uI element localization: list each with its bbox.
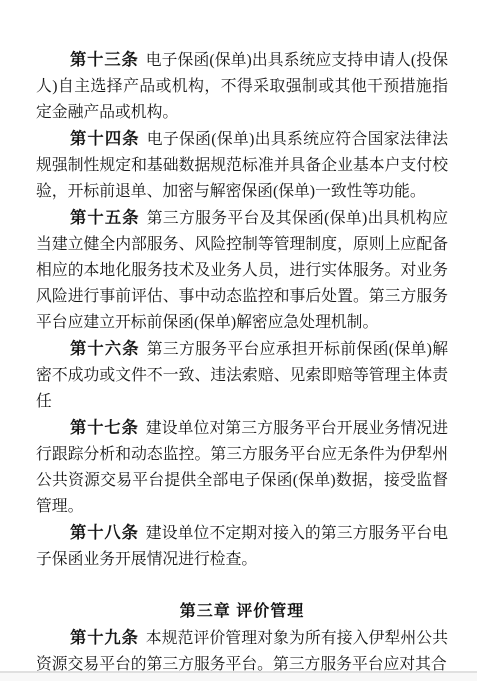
- article-17-number: 第十七条: [70, 418, 139, 437]
- article-16-number: 第十六条: [70, 339, 140, 358]
- article-18-number: 第十八条: [70, 523, 139, 542]
- article-15: 第十五条第三方服务平台及其保函(保单)出具机构应当建立健全内部服务、风险控制等管…: [36, 205, 448, 336]
- article-13-number: 第十三条: [70, 50, 139, 69]
- page-bottom-margin: [0, 673, 477, 681]
- article-17: 第十七条建设单位对第三方服务平台开展业务情况进行跟踪分析和动态监控。第三方服务平…: [36, 415, 448, 520]
- chapter-3-heading: 第三章 评价管理: [36, 599, 448, 625]
- article-19-number: 第十九条: [70, 628, 139, 647]
- article-18: 第十八条建设单位不定期对接入的第三方服务平台电子保函业务开展情况进行检查。: [36, 520, 448, 573]
- article-13: 第十三条电子保函(保单)出具系统应支持申请人(投保人)自主选择产品或机构，不得采…: [36, 47, 448, 126]
- article-15-number: 第十五条: [70, 208, 140, 227]
- document-page: 第十三条电子保函(保单)出具系统应支持申请人(投保人)自主选择产品或机构，不得采…: [36, 0, 448, 678]
- article-15-text: 第三方服务平台及其保函(保单)出具机构应当建立健全内部服务、风险控制等管理制度，…: [36, 210, 448, 331]
- article-14-number: 第十四条: [70, 129, 140, 148]
- article-16: 第十六条第三方服务平台应承担开标前保函(保单)解密不成功或文件不一致、违法索赔、…: [36, 336, 448, 415]
- article-14: 第十四条电子保函(保单)出具系统应符合国家法律法规强制性规定和基础数据规范标准并…: [36, 126, 448, 205]
